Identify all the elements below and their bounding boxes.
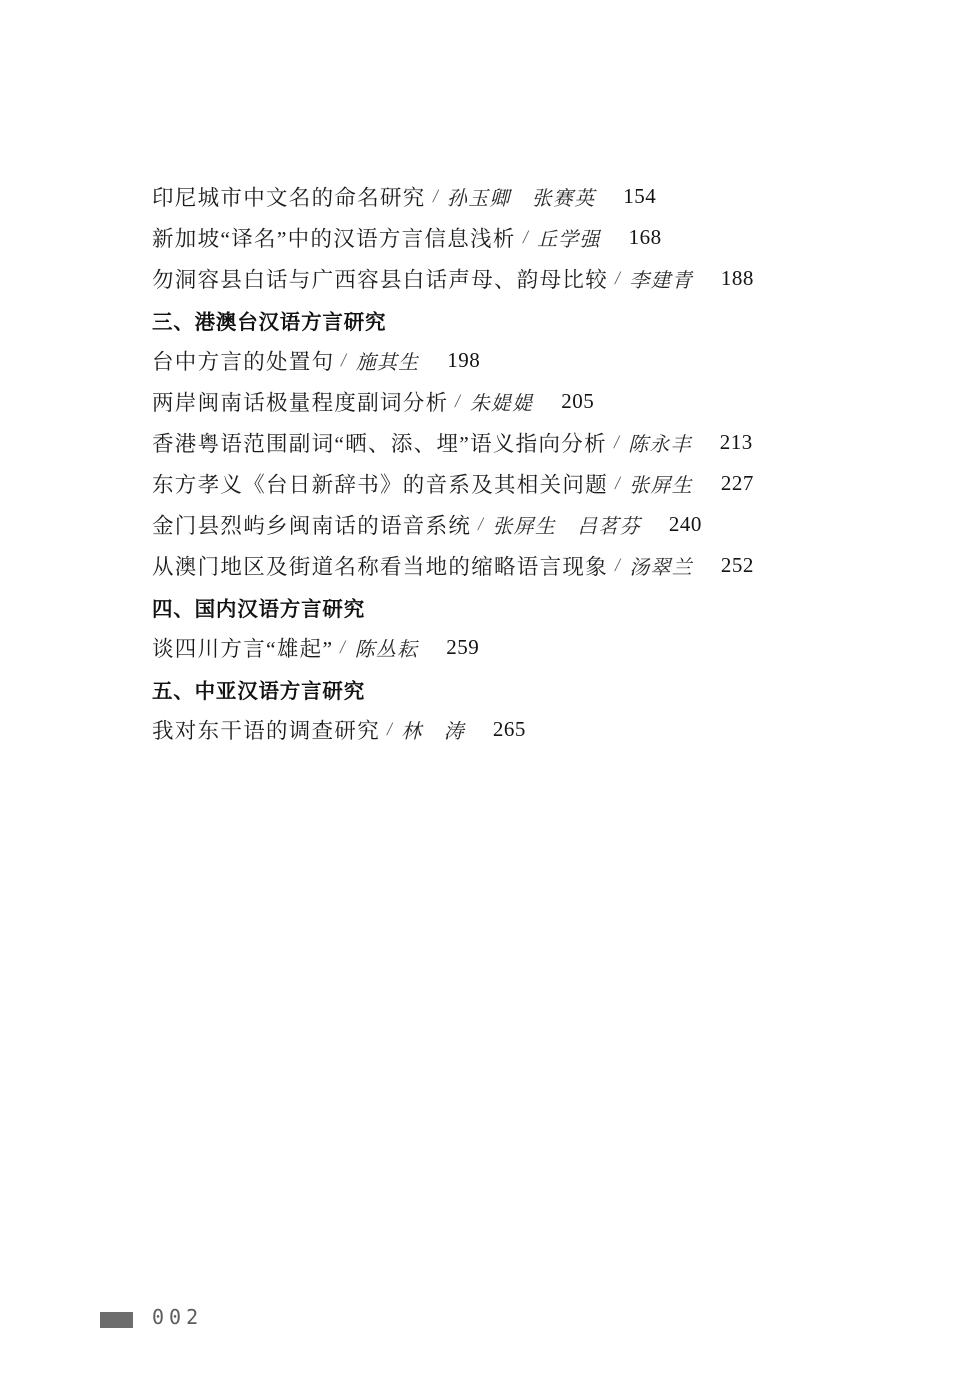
toc-entry-page-number: 188 [721,266,754,291]
author-separator-slash: / [613,473,621,495]
toc-section-title: 四、国内汉语方言研究 [152,592,365,622]
toc-entry-page-number: 240 [669,512,702,537]
toc-entry-title: 从澳门地区及街道名称看当地的缩略语言现象 [152,550,608,581]
toc-entry-authors: 孙玉卿 张赛英 [447,182,595,211]
toc-section-title: 五、中亚汉语方言研究 [152,674,365,704]
footer-marker-block [100,1312,133,1328]
toc-entry-page-number: 168 [629,225,662,250]
toc-entry-title: 东方孝义《台日新辞书》的音系及其相关问题 [152,468,608,499]
footer-page-number: 002 [152,1305,203,1329]
toc-entry-row: 香港粤语范围副词“晒、添、埋”语义指向分析 / 陈永丰 213 [152,422,900,463]
toc-entry-authors: 朱媞媞 [470,387,534,416]
toc-entry-row: 印尼城市中文名的命名研究 / 孙玉卿 张赛英 154 [152,176,900,217]
toc-entry-title: 金门县烈屿乡闽南话的语音系统 [152,509,471,540]
toc-entry-page-number: 205 [561,389,594,414]
toc-entry-row: 谈四川方言“雄起” / 陈丛耘 259 [152,627,900,668]
toc-entry-row: 金门县烈屿乡闽南话的语音系统 / 张屏生 吕茗芬 240 [152,504,900,545]
author-separator-slash: / [521,227,529,249]
toc-entry-authors: 张屏生 吕茗芬 [492,510,640,539]
toc-section-row: 五、中亚汉语方言研究 [152,668,900,709]
toc-entry-row: 从澳门地区及街道名称看当地的缩略语言现象 / 汤翠兰 252 [152,545,900,586]
toc-entry-authors: 张屏生 [629,469,693,498]
toc-entry-page-number: 154 [623,184,656,209]
toc-entry-title: 我对东干语的调查研究 [152,714,380,745]
author-separator-slash: / [613,268,621,290]
toc-entry-row: 台中方言的处置句 / 施其生 198 [152,340,900,381]
book-toc-page: 印尼城市中文名的命名研究 / 孙玉卿 张赛英 154 新加坡“译名”中的汉语方言… [0,0,960,1389]
toc-entry-row: 两岸闽南话极量程度副词分析 / 朱媞媞 205 [152,381,900,422]
toc-section-title: 三、港澳台汉语方言研究 [152,305,386,335]
author-separator-slash: / [339,637,347,659]
toc-entry-title: 台中方言的处置句 [152,345,334,376]
author-separator-slash: / [477,514,485,536]
toc-entry-authors: 丘学强 [537,223,601,252]
toc-entry-title: 两岸闽南话极量程度副词分析 [152,386,448,417]
author-separator-slash: / [340,350,348,372]
toc-list: 印尼城市中文名的命名研究 / 孙玉卿 张赛英 154 新加坡“译名”中的汉语方言… [152,176,900,750]
toc-entry-authors: 林 涛 [401,715,465,744]
toc-entry-authors: 陈丛耘 [355,633,419,662]
toc-entry-page-number: 227 [721,471,754,496]
toc-entry-title: 新加坡“译名”中的汉语方言信息浅析 [152,222,516,253]
toc-entry-authors: 汤翠兰 [629,551,693,580]
toc-entry-row: 我对东干语的调查研究 / 林 涛 265 [152,709,900,750]
toc-entry-page-number: 252 [721,553,754,578]
toc-entry-authors: 陈永丰 [628,428,692,457]
toc-entry-authors: 李建青 [629,264,693,293]
toc-entry-row: 东方孝义《台日新辞书》的音系及其相关问题 / 张屏生 227 [152,463,900,504]
toc-entry-row: 勿洞容县白话与广西容县白话声母、韵母比较 / 李建青 188 [152,258,900,299]
toc-entry-page-number: 265 [493,717,526,742]
author-separator-slash: / [385,719,393,741]
page-footer: 002 [0,1305,960,1335]
author-separator-slash: / [612,432,620,454]
toc-entry-page-number: 198 [447,348,480,373]
toc-entry-title: 香港粤语范围副词“晒、添、埋”语义指向分析 [152,427,607,458]
toc-section-row: 三、港澳台汉语方言研究 [152,299,900,340]
toc-entry-title: 印尼城市中文名的命名研究 [152,181,426,212]
toc-entry-page-number: 213 [720,430,753,455]
toc-entry-page-number: 259 [446,635,479,660]
toc-entry-authors: 施其生 [356,346,420,375]
toc-entry-title: 谈四川方言“雄起” [152,632,333,663]
author-separator-slash: / [454,391,462,413]
author-separator-slash: / [431,186,439,208]
toc-entry-title: 勿洞容县白话与广西容县白话声母、韵母比较 [152,263,608,294]
toc-section-row: 四、国内汉语方言研究 [152,586,900,627]
author-separator-slash: / [613,555,621,577]
toc-entry-row: 新加坡“译名”中的汉语方言信息浅析 / 丘学强 168 [152,217,900,258]
